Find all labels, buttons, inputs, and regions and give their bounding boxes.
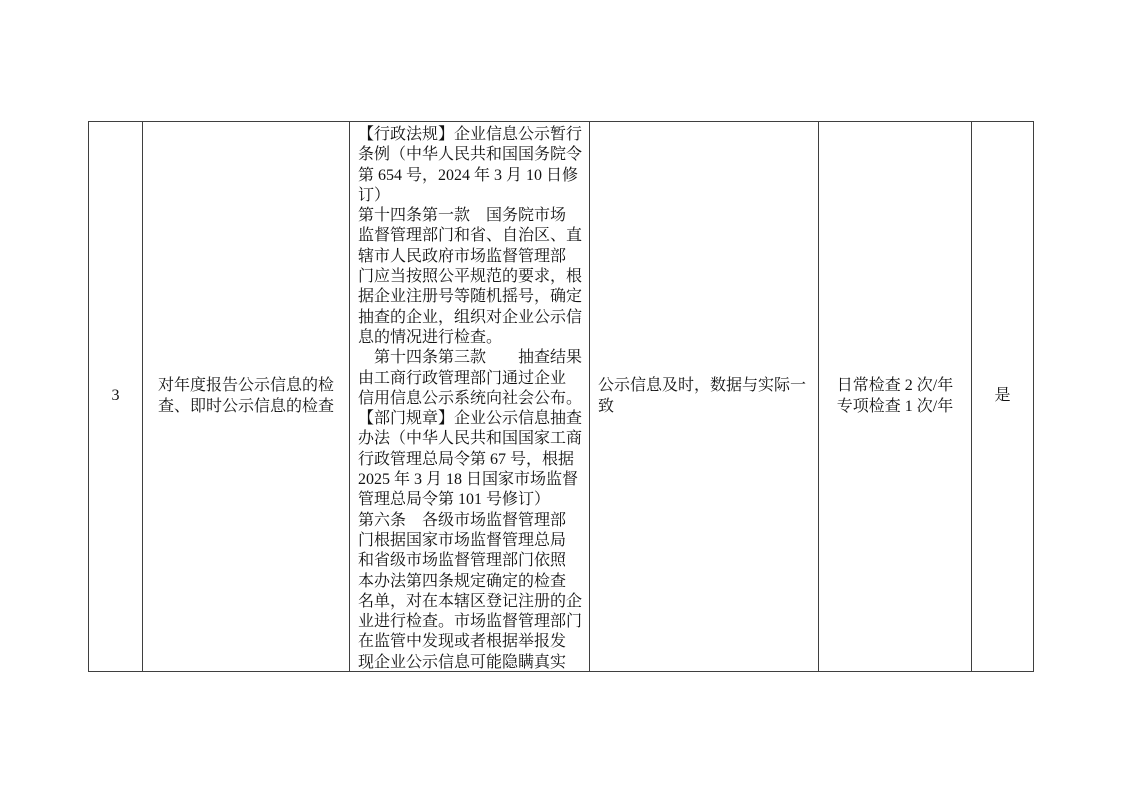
text-line: 名单，对在本辖区登记注册的企 [358,592,586,612]
text-line: 在监管中发现或者根据举报发 [358,632,586,652]
text-line: 抽查的企业，组织对企业公示信 [358,308,586,328]
inspection-items-table: 3 对年度报告公示信息的检查、即时公示信息的检查 【行政法规】企业信息公示暂行条… [88,121,1034,672]
inspection-frequency-text: 日常检查 2 次/年专项检查 1 次/年 [837,376,953,417]
text-line: 由工商行政管理部门通过企业 [358,369,586,389]
text-line: 第十四条第一款 国务院市场 [358,206,586,226]
text-line: 第十四条第三款 抽查结果 [358,348,586,368]
text-line: 公示信息及时，数据与实际一 [598,376,814,396]
text-line: 辖市人民政府市场监督管理部 [358,247,586,267]
inspection-item-text: 对年度报告公示信息的检查、即时公示信息的检查 [158,376,334,417]
text-line: 日常检查 2 次/年 [837,376,953,396]
text-line: 对年度报告公示信息的检 [158,376,334,396]
cell-inspection-item: 对年度报告公示信息的检查、即时公示信息的检查 [143,122,350,671]
text-line: 息的情况进行检查。 [358,328,586,348]
text-line: 【部门规章】企业公示信息抽查 [358,409,586,429]
legal-basis-text: 【行政法规】企业信息公示暂行条例（中华人民共和国国务院令第 654 号，2024… [358,125,586,671]
text-line: 现企业公示信息可能隐瞒真实 [358,653,586,671]
text-line: 据企业注册号等随机摇号，确定 [358,287,586,307]
text-line: 专项检查 1 次/年 [837,397,953,417]
cell-sequence-number: 3 [89,122,143,671]
sequence-number: 3 [112,386,120,406]
inspection-requirement-text: 公示信息及时，数据与实际一致 [598,376,814,417]
text-line: 条例（中华人民共和国国务院令 [358,145,586,165]
text-line: 2025 年 3 月 18 日国家市场监督 [358,470,586,490]
text-line: 监督管理部门和省、自治区、直 [358,226,586,246]
text-line: 查、即时公示信息的检查 [158,397,334,417]
result-public-text: 是 [994,386,1010,406]
text-line: 致 [598,397,814,417]
text-line: 第六条 各级市场监督管理部 [358,511,586,531]
text-line: 业进行检查。市场监督管理部门 [358,612,586,632]
text-line: 本办法第四条规定确定的检查 [358,572,586,592]
text-line: 管理总局令第 101 号修订） [358,490,586,510]
cell-inspection-frequency: 日常检查 2 次/年专项检查 1 次/年 [819,122,972,671]
text-line: 【行政法规】企业信息公示暂行 [358,125,586,145]
text-line: 信用信息公示系统向社会公布。 [358,389,586,409]
text-line: 和省级市场监督管理部门依照 [358,551,586,571]
text-line: 行政管理总局令第 67 号，根据 [358,450,586,470]
text-line: 办法（中华人民共和国国家工商 [358,429,586,449]
text-line: 门根据国家市场监督管理总局 [358,531,586,551]
text-line: 订） [358,186,586,206]
cell-inspection-requirement: 公示信息及时，数据与实际一致 [590,122,819,671]
text-line: 门应当按照公平规范的要求，根 [358,267,586,287]
cell-legal-basis: 【行政法规】企业信息公示暂行条例（中华人民共和国国务院令第 654 号，2024… [350,122,590,671]
cell-result-public: 是 [972,122,1033,671]
text-line: 第 654 号，2024 年 3 月 10 日修 [358,166,586,186]
